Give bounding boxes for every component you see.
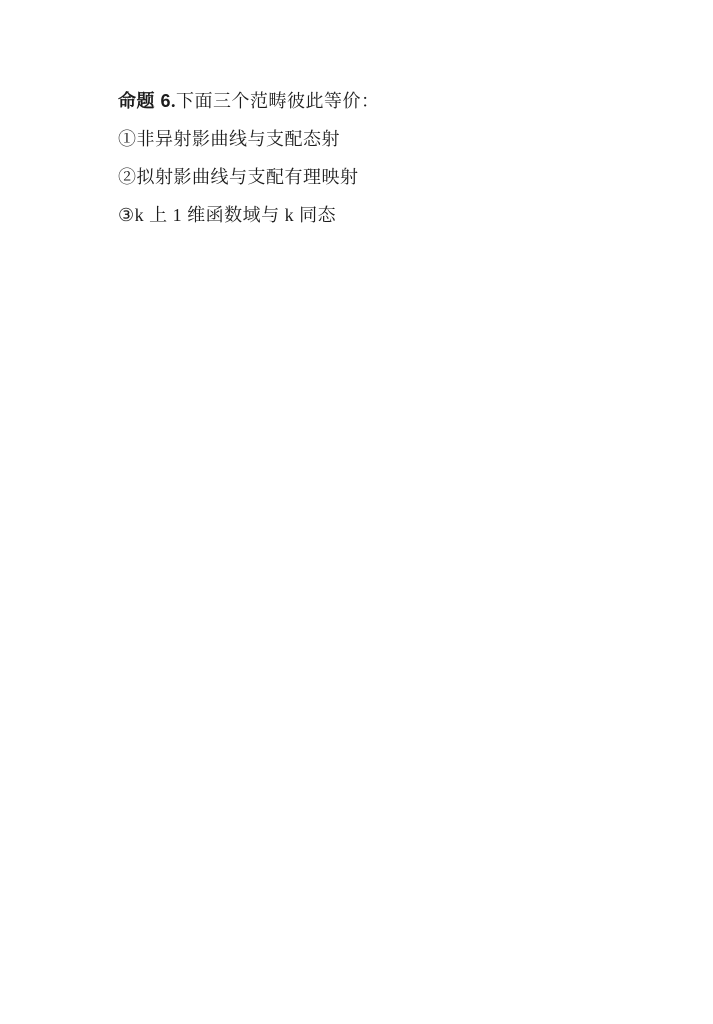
proposition-statement: 下面三个范畴彼此等价：: [176, 91, 380, 111]
document-page: 命题 6.下面三个范畴彼此等价： ①非异射影曲线与支配态射 ②拟射影曲线与支配有…: [0, 0, 713, 1024]
text-block: 命题 6.下面三个范畴彼此等价： ①非异射影曲线与支配态射 ②拟射影曲线与支配有…: [118, 90, 653, 242]
proposition-heading: 命题 6.下面三个范畴彼此等价：: [118, 90, 653, 112]
proposition-label: 命题 6: [118, 91, 171, 111]
equivalence-item-2: ②拟射影曲线与支配有理映射: [118, 166, 653, 188]
equivalence-item-1: ①非异射影曲线与支配态射: [118, 128, 653, 150]
equivalence-item-3: ③k 上 1 维函数域与 k 同态: [118, 204, 653, 226]
